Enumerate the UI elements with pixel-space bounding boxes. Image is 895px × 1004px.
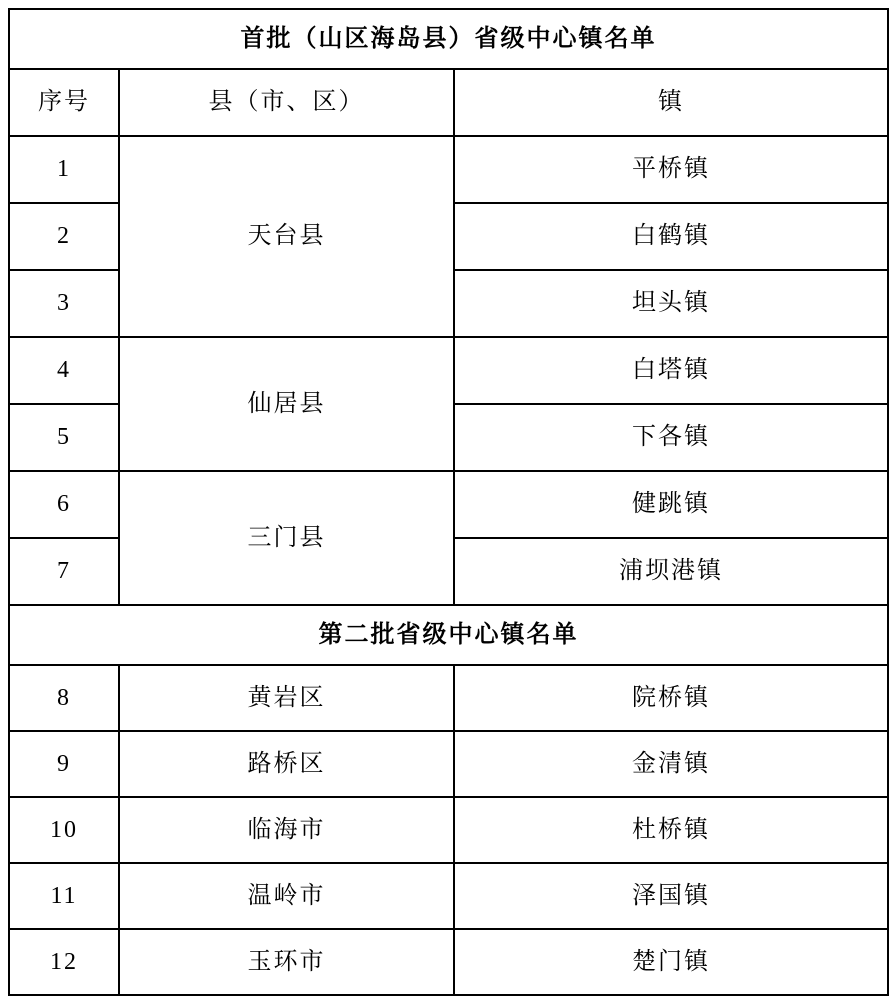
row-index: 10 [9,797,119,863]
column-header-index: 序号 [9,69,119,136]
town-cell: 白鹤镇 [454,203,888,270]
town-cell: 金清镇 [454,731,888,797]
row-index: 1 [9,136,119,203]
column-header-county: 县（市、区） [119,69,454,136]
county-cell: 仙居县 [119,337,454,471]
row-index: 7 [9,538,119,605]
column-header-town: 镇 [454,69,888,136]
town-cell: 健跳镇 [454,471,888,538]
table-row: 12 玉环市 楚门镇 [9,929,888,995]
table-row: 11 温岭市 泽国镇 [9,863,888,929]
table-row: 8 黄岩区 院桥镇 [9,665,888,731]
section-1-title: 首批（山区海岛县）省级中心镇名单 [9,9,888,69]
town-cell: 院桥镇 [454,665,888,731]
row-index: 11 [9,863,119,929]
table-row: 6 三门县 健跳镇 [9,471,888,538]
county-cell: 天台县 [119,136,454,337]
table-row: 10 临海市 杜桥镇 [9,797,888,863]
town-cell: 楚门镇 [454,929,888,995]
county-cell: 玉环市 [119,929,454,995]
row-index: 5 [9,404,119,471]
county-cell: 路桥区 [119,731,454,797]
document-page: 首批（山区海岛县）省级中心镇名单 序号 县（市、区） 镇 1 天台县 平桥镇 2… [0,0,895,1004]
section-2-header-row: 第二批省级中心镇名单 [9,605,888,665]
section-2-title: 第二批省级中心镇名单 [9,605,888,665]
section-1-header-row: 首批（山区海岛县）省级中心镇名单 [9,9,888,69]
row-index: 2 [9,203,119,270]
county-cell: 黄岩区 [119,665,454,731]
town-cell: 浦坝港镇 [454,538,888,605]
row-index: 8 [9,665,119,731]
column-header-row: 序号 县（市、区） 镇 [9,69,888,136]
table-row: 1 天台县 平桥镇 [9,136,888,203]
center-towns-table: 首批（山区海岛县）省级中心镇名单 序号 县（市、区） 镇 1 天台县 平桥镇 2… [8,8,889,996]
row-index: 12 [9,929,119,995]
town-cell: 泽国镇 [454,863,888,929]
town-cell: 杜桥镇 [454,797,888,863]
town-cell: 白塔镇 [454,337,888,404]
row-index: 6 [9,471,119,538]
table-row: 4 仙居县 白塔镇 [9,337,888,404]
town-cell: 下各镇 [454,404,888,471]
table-row: 9 路桥区 金清镇 [9,731,888,797]
town-cell: 平桥镇 [454,136,888,203]
county-cell: 三门县 [119,471,454,605]
row-index: 3 [9,270,119,337]
row-index: 9 [9,731,119,797]
county-cell: 临海市 [119,797,454,863]
county-cell: 温岭市 [119,863,454,929]
town-cell: 坦头镇 [454,270,888,337]
row-index: 4 [9,337,119,404]
